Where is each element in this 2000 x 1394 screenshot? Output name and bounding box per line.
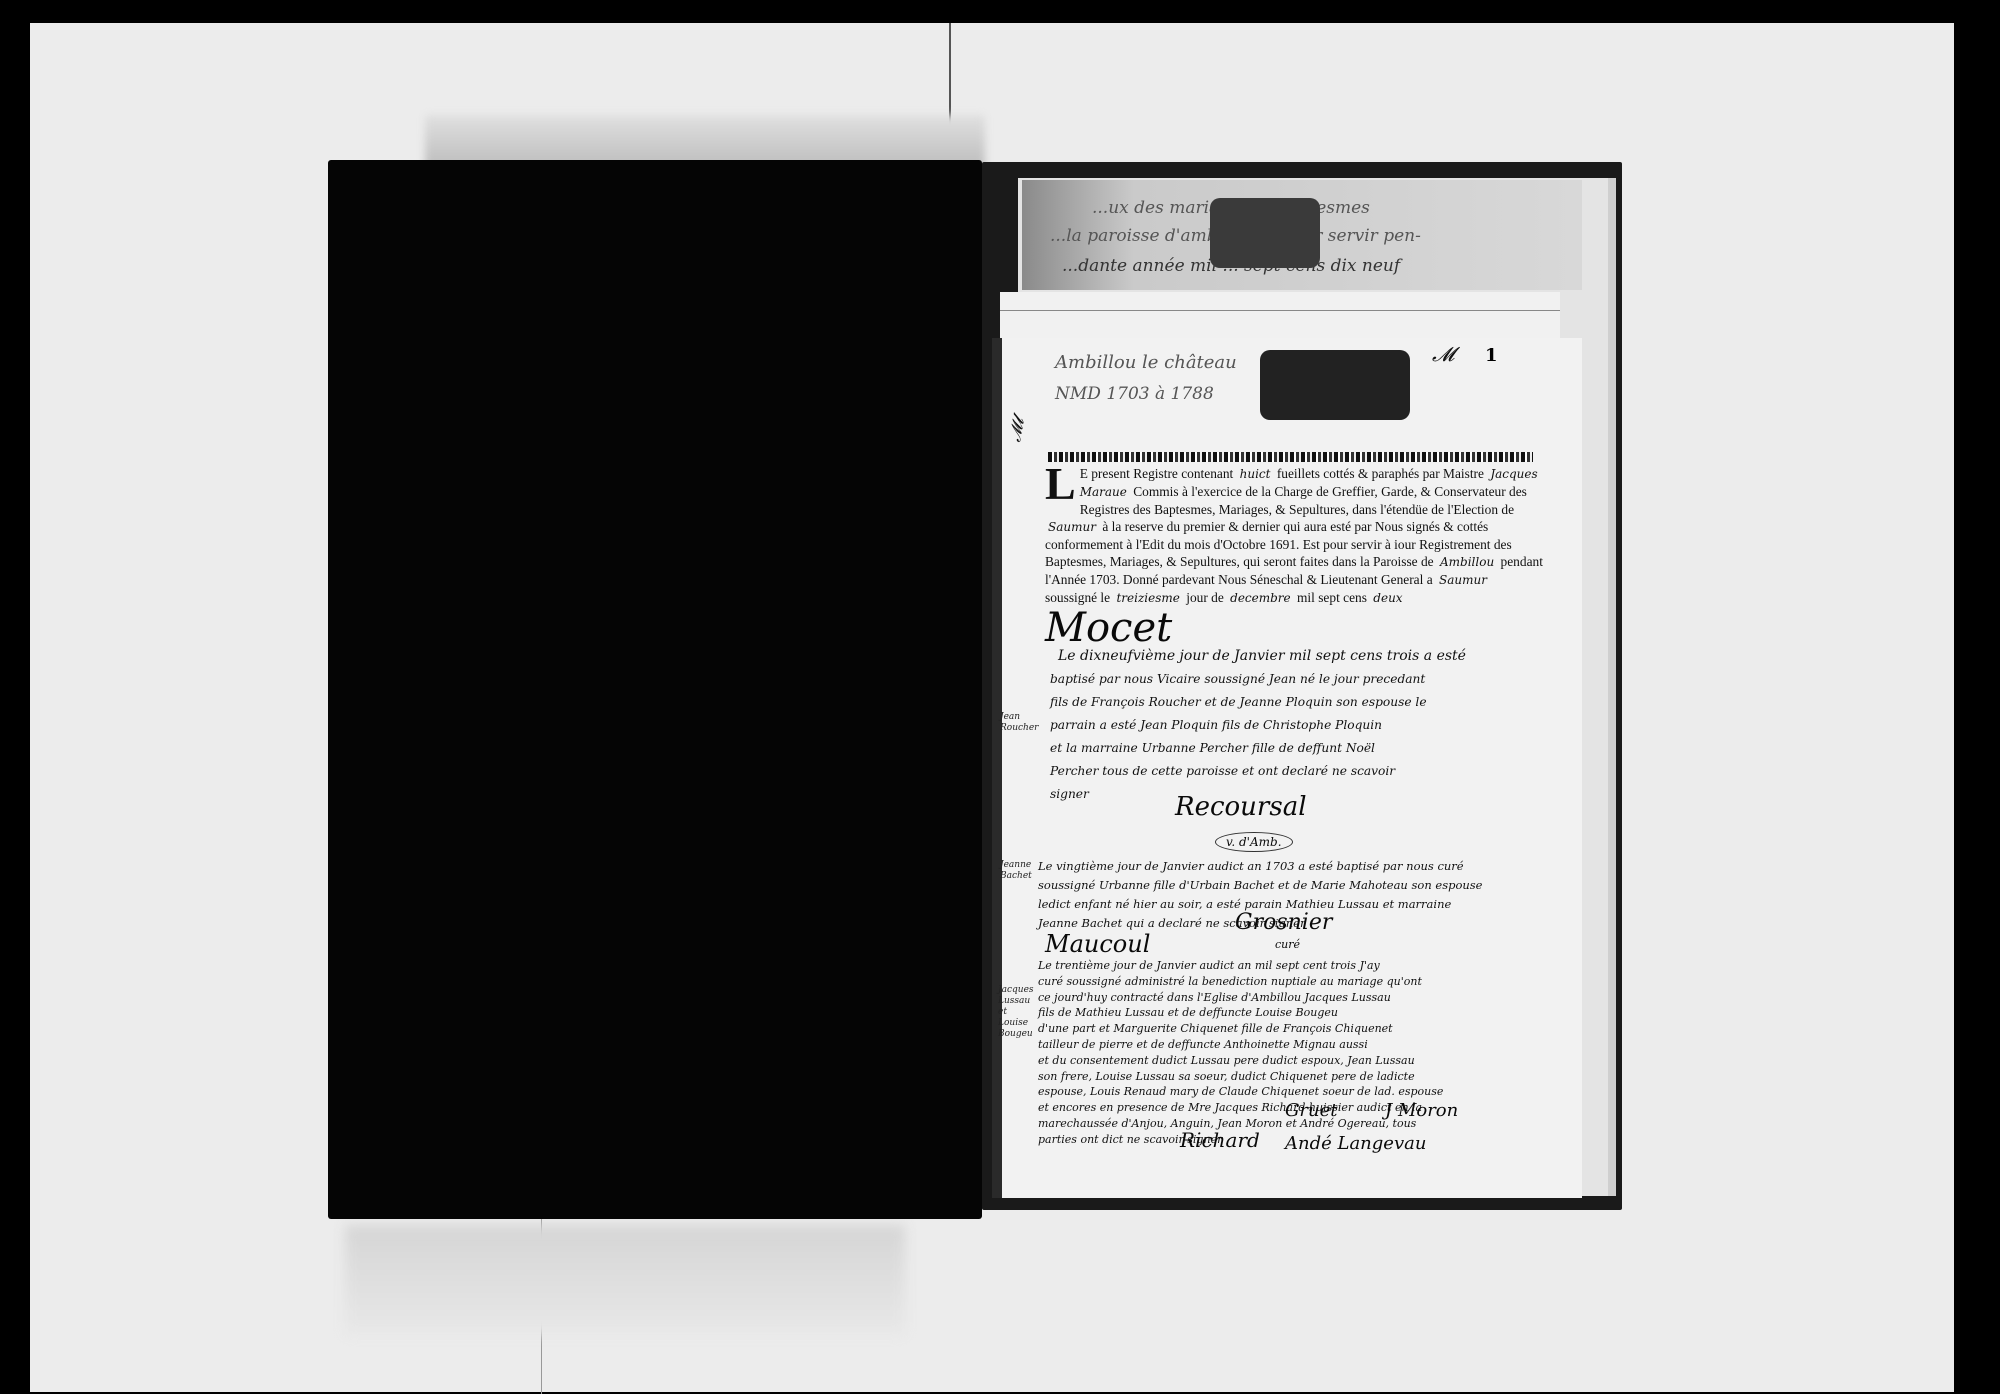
register-entry-1: Le dixneufvième jour de Janvier mil sept… [1030,645,1550,806]
preamble-text: soussigné le [1045,590,1110,605]
entry-line: curé soussigné administré la benediction… [1030,974,1550,990]
signature-curate-title: curé [1275,938,1300,951]
entry-line: soussigné Urbanne fille d'Urbain Bachet … [1030,876,1550,895]
entry-line: Le vingtième jour de Janvier audict an 1… [1030,857,1550,876]
folio-number: 1 [1485,345,1498,366]
signature-vicar-title: v. d'Amb. [1215,832,1293,852]
preamble-text: Commis à l'exercice de la Charge de Gref… [1080,484,1527,517]
entry-line: Le dixneufvième jour de Janvier mil sept… [1030,645,1550,668]
entry-line: fils de François Roucher et de Jeanne Pl… [1030,691,1550,714]
archive-label-line-1: Ambillou le château [1055,352,1237,373]
drop-cap: L [1045,465,1076,503]
book-shadow-bottom [345,1225,905,1335]
entry-line: espouse, Louis Renaud mary de Claude Chi… [1030,1084,1550,1100]
paraph-mark: 𝓜 [1432,342,1454,366]
entry-line: son frere, Louise Lussau sa soeur, dudic… [1030,1069,1550,1085]
entry-line: ce jourd'huy contracté dans l'Eglise d'A… [1030,990,1550,1006]
preamble-text: E present Registre contenant [1080,466,1234,481]
signature-moron: J Moron [1385,1100,1458,1121]
filled-parish: Ambillou [1437,555,1497,569]
signature-langevau: Andé Langevau [1285,1133,1426,1154]
page-strip-1 [1000,292,1560,311]
filled-day: treiziesme [1113,591,1182,605]
margin-note-entry-3: Jacques Lussau et Louise Bougeu [998,985,1034,1040]
signature-richard: Richard [1180,1128,1260,1152]
filled-election: Saumur [1045,520,1099,534]
royal-stamp-top [1210,198,1320,268]
entry-line: tailleur de pierre et de deffuncte Antho… [1030,1037,1550,1053]
printed-preamble: L E present Registre contenant huict fue… [1045,465,1545,607]
entry-line: Le trentième jour de Janvier audict an m… [1030,958,1550,974]
filled-month: decembre [1227,591,1294,605]
filled-place: Saumur [1436,573,1490,587]
signature-gruet: Gruet [1285,1100,1337,1121]
filled-year: deux [1370,591,1405,605]
entry-line: Percher tous de cette paroisse et ont de… [1030,760,1550,783]
signature-maucoul: Maucoul [1045,930,1150,958]
printed-ornament-border [1048,452,1533,462]
entry-line: et du consentement dudict Lussau pere du… [1030,1053,1550,1069]
preamble-text: mil sept cens [1297,590,1367,605]
entry-line: d'une part et Marguerite Chiquenet fille… [1030,1021,1550,1037]
signature-vicar: Recoursal [1175,792,1307,822]
archive-label-line-2: NMD 1703 à 1788 [1055,384,1214,404]
filled-folio-count: huict [1237,467,1274,481]
book-cover-left [328,160,982,1219]
entry-line: parrain a esté Jean Ploquin fils de Chri… [1030,714,1550,737]
entry-line: baptisé par nous Vicaire soussigné Jean … [1030,668,1550,691]
margin-paraph: 𝓜𝓵 [1005,416,1029,443]
preamble-text: jour de [1186,590,1224,605]
royal-stamp-main [1260,350,1410,420]
entry-line: et la marraine Urbanne Percher fille de … [1030,737,1550,760]
entry-line: fils de Mathieu Lussau et de deffuncte L… [1030,1005,1550,1021]
preamble-text: fueillets cottés & paraphés par Maistre [1277,466,1484,481]
signature-curate: Grosnier [1235,910,1332,935]
